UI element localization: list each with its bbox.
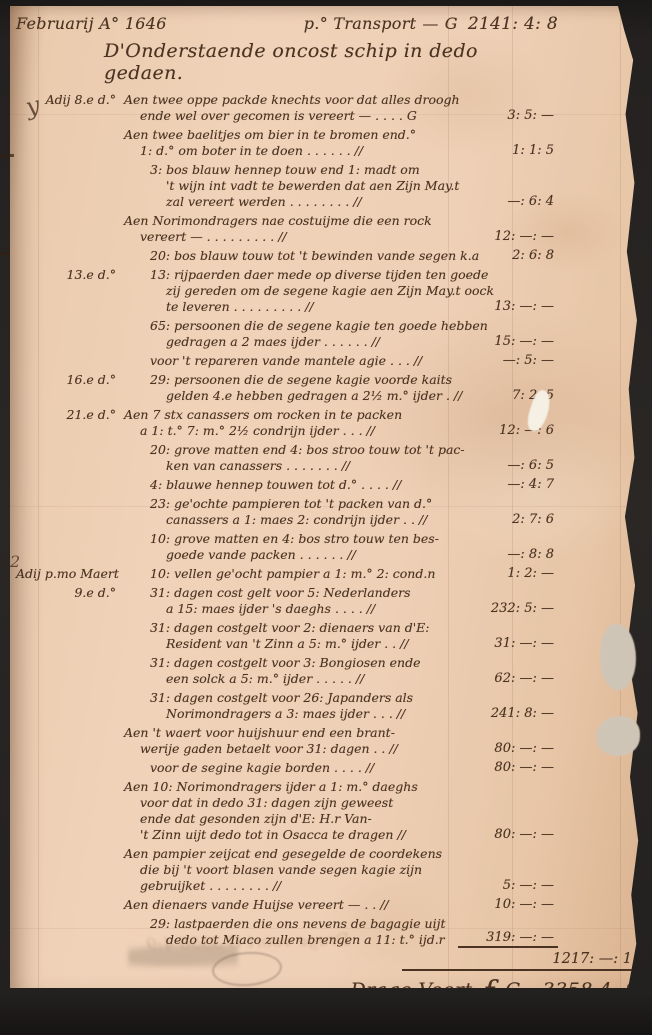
entry-amount: 1: 2: — xyxy=(458,566,558,582)
entry-text: 10: vellen ge'ocht pampier a 1: m.° 2: c… xyxy=(124,566,458,582)
ledger-entry: Aen pampier zeijcat end gesegelde de coo… xyxy=(16,846,558,894)
entry-amount: 10: —: — xyxy=(458,897,558,913)
ledger-page: Februarij A° 1646 p.° Transport — G 2141… xyxy=(10,6,642,988)
entry-line: 't Zinn uijt dedo tot in Osacca te drage… xyxy=(124,827,458,843)
ledger-entry: 23: ge'ochte pampieren tot 't packen van… xyxy=(16,496,558,528)
entry-amount: 80: —: — xyxy=(458,760,558,776)
entry-text: 65: persoonen die de segene kagie ten go… xyxy=(124,318,458,350)
entry-line: Aen pampier zeijcat end gesegelde de coo… xyxy=(124,846,458,862)
entry-line: 31: dagen costgelt voor 2: dienaers van … xyxy=(150,620,458,636)
entry-line: Aen Norimondragers nae costuijme die een… xyxy=(124,213,458,229)
entry-line: 4: blauwe hennep touwen tot d.° . . . . … xyxy=(150,477,458,493)
entry-text: 31: dagen cost gelt voor 5: Nederlanders… xyxy=(124,585,458,617)
entry-amount: —: 8: 8 xyxy=(458,547,558,563)
entry-line: 31: dagen costgelt voor 26: Japanders al… xyxy=(150,690,458,706)
entry-line: 10: grove matten en 4: bos stro touw ten… xyxy=(150,531,458,547)
entry-text: Aen Norimondragers nae costuijme die een… xyxy=(124,213,458,245)
entry-amount: 2: 7: 6 xyxy=(458,512,558,528)
entry-line: Aen dienaers vande Huijse vereert — . . … xyxy=(124,897,458,913)
entry-text: 31: dagen costgelt voor 3: Bongiosen end… xyxy=(124,655,458,687)
page-header: Februarij A° 1646 p.° Transport — G 2141… xyxy=(16,14,558,34)
totals-section: 1217: —: 1 Drage Voort ƒ G: 3358 4: 9 xyxy=(16,951,558,1025)
transport-amount: 2141: 4: 8 xyxy=(468,14,558,34)
ledger-entry: 31: dagen costgelt voor 3: Bongiosen end… xyxy=(16,655,558,687)
entry-line: 23: ge'ochte pampieren tot 't packen van… xyxy=(150,496,458,512)
entry-text: 31: dagen costgelt voor 26: Japanders al… xyxy=(124,690,458,722)
entry-text: 20: grove matten end 4: bos stroo touw t… xyxy=(124,442,458,474)
entry-amount: 80: —: — xyxy=(458,827,558,843)
entry-amount: 232: 5: — xyxy=(458,601,558,617)
ledger-entries: Adij 8.e d.°Aen twee oppe packde knechts… xyxy=(16,92,558,948)
entry-text: 23: ge'ochte pampieren tot 't packen van… xyxy=(124,496,458,528)
transport-currency-symbol: G xyxy=(445,14,458,33)
ledger-entry: 65: persoonen die de segene kagie ten go… xyxy=(16,318,558,350)
ledger-entry: 20: grove matten end 4: bos stroo touw t… xyxy=(16,442,558,474)
entry-margin-date: 21.e d.° xyxy=(16,407,124,423)
entry-text: Aen pampier zeijcat end gesegelde de coo… xyxy=(124,846,458,894)
margin-number-mark: 2 xyxy=(10,552,20,571)
entry-line: 65: persoonen die de segene kagie ten go… xyxy=(150,318,458,334)
entry-line: ende dat gesonden zijn d'E: H.r Van- xyxy=(124,811,458,827)
entry-text: Aen twee oppe packde knechts voor dat al… xyxy=(124,92,458,124)
florin-bracket-icon: ƒ xyxy=(479,975,499,1010)
entry-line: 3: bos blauw hennep touw end 1: madt om xyxy=(150,162,458,178)
entry-line: te leveren . . . . . . . . . // xyxy=(150,299,458,315)
entry-margin-date: 13.e d.° xyxy=(16,267,124,283)
ledger-entry: Aen 't waert voor huijshuur end een bran… xyxy=(16,725,558,757)
entry-amount: 13: —: — xyxy=(458,299,558,315)
ledger-entry: voor de segine kagie borden . . . . //80… xyxy=(16,760,558,776)
entry-text: 31: dagen costgelt voor 2: dienaers van … xyxy=(124,620,458,652)
entry-line: gedragen a 2 maes ijder . . . . . . // xyxy=(150,334,458,350)
entry-amount: 3: 5: — xyxy=(458,108,558,124)
entry-amount: 1: 1: 5 xyxy=(458,143,558,159)
ledger-entry: 4: blauwe hennep touwen tot d.° . . . . … xyxy=(16,477,558,493)
ledger-entry: Aen twee baelitjes om bier in te bromen … xyxy=(16,127,558,159)
carry-amount: 3358 4: 9 xyxy=(534,979,638,1001)
entry-line: 1: d.° om boter in te doen . . . . . . /… xyxy=(124,143,458,159)
ledger-entry: 10: grove matten en 4: bos stro touw ten… xyxy=(16,531,558,563)
entry-text: 3: bos blauw hennep touw end 1: madt om'… xyxy=(124,162,458,210)
entry-margin-date: 16.e d.° xyxy=(16,372,124,388)
entry-line: Norimondragers a 3: maes ijder . . . // xyxy=(150,706,458,722)
torn-edge-chip xyxy=(600,624,636,690)
entry-line: voor dat in dedo 31: dagen zijn geweest xyxy=(124,795,458,811)
binding-tick xyxy=(0,252,10,255)
transport-dash: — xyxy=(416,14,444,33)
entry-text: Aen 10: Norimondragers ijder a 1: m.° da… xyxy=(124,779,458,843)
entry-amount: 5: —: — xyxy=(458,878,558,894)
entry-line: ken van canassers . . . . . . . // xyxy=(150,458,458,474)
entry-line: voor 't repareren vande mantele agie . .… xyxy=(150,353,458,369)
entry-line: 31: dagen costgelt voor 3: Bongiosen end… xyxy=(150,655,458,671)
entry-line: gebruijket . . . . . . . . // xyxy=(124,878,458,894)
entry-line: Aen twee oppe packde knechts voor dat al… xyxy=(124,92,458,108)
entry-line: zal vereert werden . . . . . . . . // xyxy=(150,194,458,210)
ledger-entry: 31: dagen costgelt voor 2: dienaers van … xyxy=(16,620,558,652)
entry-line: vereert — . . . . . . . . . // xyxy=(124,229,458,245)
ledger-entry: 21.e d.°Aen 7 stx canassers om rocken in… xyxy=(16,407,558,439)
entry-amount: 80: —: — xyxy=(458,741,558,757)
entry-text: voor de segine kagie borden . . . . // xyxy=(124,760,458,776)
entry-line: 't wijn int vadt te bewerden dat aen Zij… xyxy=(150,178,458,194)
entry-amount: 12: —: — xyxy=(458,229,558,245)
entry-line: 20: bos blauw touw tot 't bewinden vande… xyxy=(150,248,458,264)
ledger-entry: Adij p.mo Maert10: vellen ge'ocht pampie… xyxy=(16,566,558,582)
entry-text: 29: persoonen die de segene kagie voorde… xyxy=(124,372,458,404)
entry-text: 20: bos blauw touw tot 't bewinden vande… xyxy=(124,248,458,264)
entry-line: 29: persoonen die de segene kagie voorde… xyxy=(150,372,458,388)
entry-line: Aen twee baelitjes om bier in te bromen … xyxy=(124,127,458,143)
ledger-entry: 31: dagen costgelt voor 26: Japanders al… xyxy=(16,690,558,722)
entry-line: 31: dagen cost gelt voor 5: Nederlanders xyxy=(150,585,458,601)
ledger-entry: Aen Norimondragers nae costuijme die een… xyxy=(16,213,558,245)
entry-margin-date: Adij p.mo Maert xyxy=(16,566,124,582)
subtotal-amount: 1217: —: 1 xyxy=(402,951,636,971)
torn-edge-chip xyxy=(596,716,640,756)
entry-line: Resident van 't Zinn a 5: m.° ijder . . … xyxy=(150,636,458,652)
entry-text: 4: blauwe hennep touwen tot d.° . . . . … xyxy=(124,477,458,493)
entry-line: 29: lastpaerden die ons nevens de bagagi… xyxy=(150,916,458,932)
entry-line: werije gaden betaelt voor 31: dagen . . … xyxy=(124,741,458,757)
ledger-entry: Aen dienaers vande Huijse vereert — . . … xyxy=(16,897,558,913)
transport-label: p.° Transport xyxy=(304,14,417,33)
ledger-entry: Adij 8.e d.°Aen twee oppe packde knechts… xyxy=(16,92,558,124)
entry-text: Aen twee baelitjes om bier in te bromen … xyxy=(124,127,458,159)
entry-line: a 15: maes ijder 's daeghs . . . . // xyxy=(150,601,458,617)
ledger-entry: 3: bos blauw hennep touw end 1: madt om'… xyxy=(16,162,558,210)
entry-text: 10: grove matten en 4: bos stro touw ten… xyxy=(124,531,458,563)
entry-amount: 12: —: 6 xyxy=(458,423,558,439)
entry-amount: —: 5: — xyxy=(458,353,558,369)
carry-forward-line: Drage Voort ƒ G: 3358 4: 9 xyxy=(350,975,638,1010)
entry-margin-date: 9.e d.° xyxy=(16,585,124,601)
entry-line: ende wel over gecomen is vereert — . . .… xyxy=(124,108,458,124)
entry-amount: 62: —: — xyxy=(458,671,558,687)
entry-amount: —: 6: 5 xyxy=(458,458,558,474)
entry-line: die bij 't voort blasen vande segen kagi… xyxy=(124,862,458,878)
entry-amount: 15: —: — xyxy=(458,334,558,350)
entry-line: voor de segine kagie borden . . . . // xyxy=(150,760,458,776)
ledger-entry: 20: bos blauw touw tot 't bewinden vande… xyxy=(16,248,558,264)
entry-line: 10: vellen ge'ocht pampier a 1: m.° 2: c… xyxy=(150,566,458,582)
binding-tick xyxy=(0,154,14,157)
entry-text: Aen dienaers vande Huijse vereert — . . … xyxy=(124,897,458,913)
entry-amount: —: 4: 7 xyxy=(458,477,558,493)
carry-currency-symbol: G: xyxy=(505,979,528,1001)
ink-smudge xyxy=(128,944,238,970)
entry-amount: —: 6: 4 xyxy=(458,194,558,210)
entry-line: goede vande packen . . . . . . // xyxy=(150,547,458,563)
manuscript-scan: Februarij A° 1646 p.° Transport — G 2141… xyxy=(0,0,652,1035)
ledger-entry: 13.e d.°13: rijpaerden daer mede op dive… xyxy=(16,267,558,315)
entry-text: voor 't repareren vande mantele agie . .… xyxy=(124,353,458,369)
entry-line: Aen 7 stx canassers om rocken in te pack… xyxy=(124,407,458,423)
header-date: Februarij A° 1646 xyxy=(16,14,167,33)
entry-amount: 2: 6: 8 xyxy=(458,248,558,264)
entry-line: een solck a 5: m.° ijder . . . . . // xyxy=(150,671,458,687)
entry-text: 13: rijpaerden daer mede op diverse tijd… xyxy=(124,267,458,315)
ledger-entry: Aen 10: Norimondragers ijder a 1: m.° da… xyxy=(16,779,558,843)
entry-line: canassers a 1: maes 2: condrijn ijder . … xyxy=(150,512,458,528)
entry-text: Aen 't waert voor huijshuur end een bran… xyxy=(124,725,458,757)
entry-line: a 1: t.° 7: m.° 2½ condrijn ijder . . . … xyxy=(124,423,458,439)
entry-line: 20: grove matten end 4: bos stroo touw t… xyxy=(150,442,458,458)
entry-amount: 241: 8: — xyxy=(458,706,558,722)
entry-amount: 319: —: — xyxy=(458,930,558,948)
entry-line: 13: rijpaerden daer mede op diverse tijd… xyxy=(150,267,458,283)
entry-line: Aen 't waert voor huijshuur end een bran… xyxy=(124,725,458,741)
entry-line: Aen 10: Norimondragers ijder a 1: m.° da… xyxy=(124,779,458,795)
ledger-entry: voor 't repareren vande mantele agie . .… xyxy=(16,353,558,369)
carry-forward-label: Drage Voort xyxy=(350,979,472,1001)
ledger-entry: 16.e d.°29: persoonen die de segene kagi… xyxy=(16,372,558,404)
entry-line: gelden 4.e hebben gedragen a 2½ m.° ijde… xyxy=(150,388,458,404)
entry-line: zij gereden om de segene kagie aen Zijn … xyxy=(150,283,458,299)
entry-text: Aen 7 stx canassers om rocken in te pack… xyxy=(124,407,458,439)
entry-amount: 31: —: — xyxy=(458,636,558,652)
edge-rule xyxy=(620,6,621,988)
page-title: D'Onderstaende oncost schip in dedo geda… xyxy=(104,40,558,84)
ledger-entry: 9.e d.°31: dagen cost gelt voor 5: Neder… xyxy=(16,585,558,617)
